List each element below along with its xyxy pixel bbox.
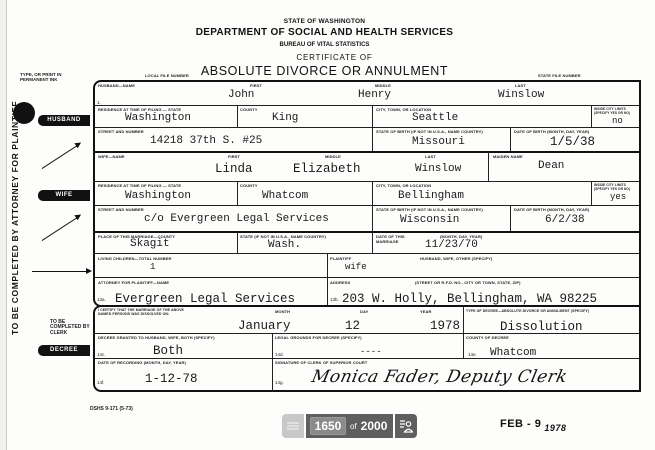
decree-month-label: MONTH	[275, 309, 290, 314]
field-number: 14e.	[468, 352, 477, 357]
husband-middle-name: Henry	[358, 89, 391, 101]
wife-inside-city-label: INSIDE CITY LIMITS (SPECIFY YES OR NO)	[594, 183, 640, 191]
page-navigator: of 2000	[282, 414, 417, 438]
decree-tab: DECREE	[38, 345, 90, 356]
certify-label: I CERTIFY THAT THE MARRIAGE OF THE ABOVE…	[98, 309, 198, 317]
marriage-date: 11/23/70	[425, 239, 478, 251]
children-label: LIVING CHILDREN—TOTAL NUMBER	[98, 256, 171, 261]
attorney-label: ATTORNEY FOR PLAINTIFF—NAME	[98, 280, 169, 285]
current-page-input[interactable]	[310, 417, 346, 435]
filmstrip-icon	[287, 422, 299, 430]
index-view-button[interactable]	[395, 414, 417, 438]
page-counter: of 2000	[306, 414, 393, 438]
wife-dob: 6/2/38	[545, 214, 585, 226]
wife-middle-name: Elizabeth	[293, 162, 361, 176]
plaintiff-spec-label: HUSBAND, WIFE, OTHER (SPECIFY)	[420, 256, 492, 261]
field-number: 14c.	[97, 352, 106, 357]
permanent-ink-text: PERMANENT INK	[20, 78, 62, 83]
decree-day-label: DAY	[360, 309, 368, 314]
state-file-number-label: STATE FILE NUMBER	[538, 73, 581, 78]
of-label: of	[350, 422, 357, 431]
wife-residence-state-label: RESIDENCE AT TIME OF FILING — STATE	[98, 183, 181, 188]
wife-last-name: Winslow	[415, 163, 461, 175]
husband-birth-state-label: STATE OF BIRTH (IF NOT IN U.S.A., NAME C…	[376, 129, 483, 134]
decree-county-label: COUNTY OF DECREE	[466, 335, 509, 340]
header-state: STATE OF WASHINGTON	[0, 18, 649, 25]
total-pages: 2000	[361, 419, 388, 433]
husband-last-name: Winslow	[498, 89, 544, 101]
husband-county-label: COUNTY	[240, 107, 258, 112]
decree-type-label: TYPE OF DECREE—ABSOLUTE DIVORCE OR ANNUL…	[466, 309, 638, 313]
field-number: 14d.	[275, 352, 284, 357]
husband-inside-city: no	[612, 116, 623, 126]
wife-county: Whatcom	[262, 190, 308, 202]
husband-tab: HUSBAND	[38, 115, 90, 126]
list-person-icon	[399, 419, 413, 433]
wife-birth-state-label: STATE OF BIRTH (IF NOT IN U.S.A., NAME C…	[376, 207, 483, 212]
type-or-print-note: TYPE, OR PRINT IN PERMANENT INK	[20, 73, 62, 82]
husband-dob: 1/5/38	[550, 135, 595, 149]
husband-middle-label: MIDDLE	[375, 83, 391, 88]
husband-first-name: John	[228, 89, 254, 101]
wife-street: c/o Evergreen Legal Services	[144, 213, 329, 225]
plaintiff-value: wife	[345, 262, 367, 272]
signature-label: SIGNATURE OF CLERK OF SUPERIOR COURT	[275, 360, 367, 365]
husband-marker-dot	[13, 102, 35, 124]
local-file-number-label: LOCAL FILE NUMBER	[145, 73, 189, 78]
husband-street: 14218 37th S. #25	[150, 135, 262, 147]
wife-birth-state: Wisconsin	[400, 214, 459, 226]
husband-inside-city-label: INSIDE CITY LIMITS (SPECIFY YES OR NO)	[594, 107, 640, 115]
address-label: ADDRESS	[330, 280, 350, 285]
form-code: DSHS 9-171 (5-73)	[90, 406, 133, 412]
children-count: 1	[150, 262, 155, 272]
decree-year: 1978	[430, 319, 460, 333]
wife-street-label: STREET AND NUMBER	[98, 207, 144, 212]
attorney-vertical-label: TO BE COMPLETED BY ATTORNEY FOR PLAINTIF…	[10, 101, 20, 335]
clerk-signature: Monica Fader, Deputy Clerk	[310, 367, 569, 387]
field-number: 13a.	[97, 297, 106, 302]
address-spec-label: (STREET OR R.F.D. NO., CITY OR TOWN, STA…	[415, 280, 521, 285]
wife-maiden-name: Dean	[538, 160, 564, 172]
wife-name-label: WIFE—NAME	[98, 154, 125, 159]
decree-year-label: YEAR	[420, 309, 432, 314]
wife-middle-label: MIDDLE	[325, 154, 341, 159]
field-number: 14g.	[275, 380, 284, 385]
wife-inside-city: yes	[610, 192, 626, 202]
received-stamp: FEB - 91978	[500, 418, 566, 430]
wife-dob-label: DATE OF BIRTH (MONTH, DAY, YEAR)	[514, 207, 589, 212]
wife-last-label: LAST	[425, 154, 436, 159]
header-department: DEPARTMENT OF SOCIAL AND HEALTH SERVICES	[0, 27, 649, 38]
wife-first-label: FIRST	[228, 154, 240, 159]
wife-residence-state: Washington	[125, 190, 191, 202]
husband-county: King	[272, 112, 298, 124]
wife-tab: WIFE	[38, 190, 90, 201]
recording-date: 1-12-78	[145, 372, 198, 386]
header-certificate-of: CERTIFICATE OF	[10, 53, 655, 62]
stamp-date: FEB - 9	[500, 418, 541, 430]
wife-first-name: Linda	[215, 162, 253, 176]
legal-grounds: ----	[360, 347, 382, 357]
husband-street-label: STREET AND NUMBER	[98, 129, 144, 134]
attorney-name: Evergreen Legal Services	[115, 292, 295, 306]
marriage-state: Wash.	[268, 239, 301, 251]
plaintiff-label: PLAINTIFF	[330, 256, 351, 261]
wife-county-label: COUNTY	[240, 183, 258, 188]
husband-dob-label: DATE OF BIRTH (MONTH, DAY, YEAR)	[514, 129, 589, 134]
arrow-to-children-icon	[32, 271, 90, 272]
recording-date-label: DATE OF RECORDING (MONTH, DAY, YEAR)	[98, 360, 186, 365]
wife-maiden-label: MAIDEN NAME	[493, 154, 523, 159]
wife-city-label: CITY, TOWN, OR LOCATION	[376, 183, 431, 188]
husband-residence-state: Washington	[125, 112, 191, 124]
legal-grounds-label: LEGAL GROUNDS FOR DECREE (SPECIFY)	[275, 335, 362, 340]
thumbnail-view-button[interactable]	[282, 414, 304, 438]
field-number: 13b.	[330, 297, 339, 302]
husband-last-label: LAST	[515, 83, 526, 88]
clerk-note: TO BE COMPLETED BY CLERK	[50, 320, 90, 336]
decree-type: Dissolution	[500, 320, 583, 334]
field-number: 14f.	[97, 380, 105, 385]
stamp-year: 1978	[544, 423, 566, 433]
decree-granted-to: Both	[153, 344, 183, 358]
husband-first-label: FIRST	[250, 83, 262, 88]
header-bureau: BUREAU OF VITAL STATISTICS	[0, 42, 649, 48]
marriage-county: Skagit	[130, 238, 170, 250]
plaintiff-address: 203 W. Holly, Bellingham, WA 98225	[342, 292, 597, 306]
marriage-date-label: DATE OF THIS MARRIAGE	[376, 234, 426, 244]
decree-granted-label: DECREE GRANTED TO HUSBAND, WIFE, BOTH (S…	[98, 335, 268, 340]
husband-city: Seattle	[412, 112, 458, 124]
husband-name-label: HUSBAND—NAME	[98, 83, 135, 88]
wife-city: Bellingham	[398, 190, 464, 202]
decree-month: January	[238, 319, 291, 333]
husband-birth-state: Missouri	[412, 136, 465, 148]
decree-day: 12	[345, 319, 360, 333]
